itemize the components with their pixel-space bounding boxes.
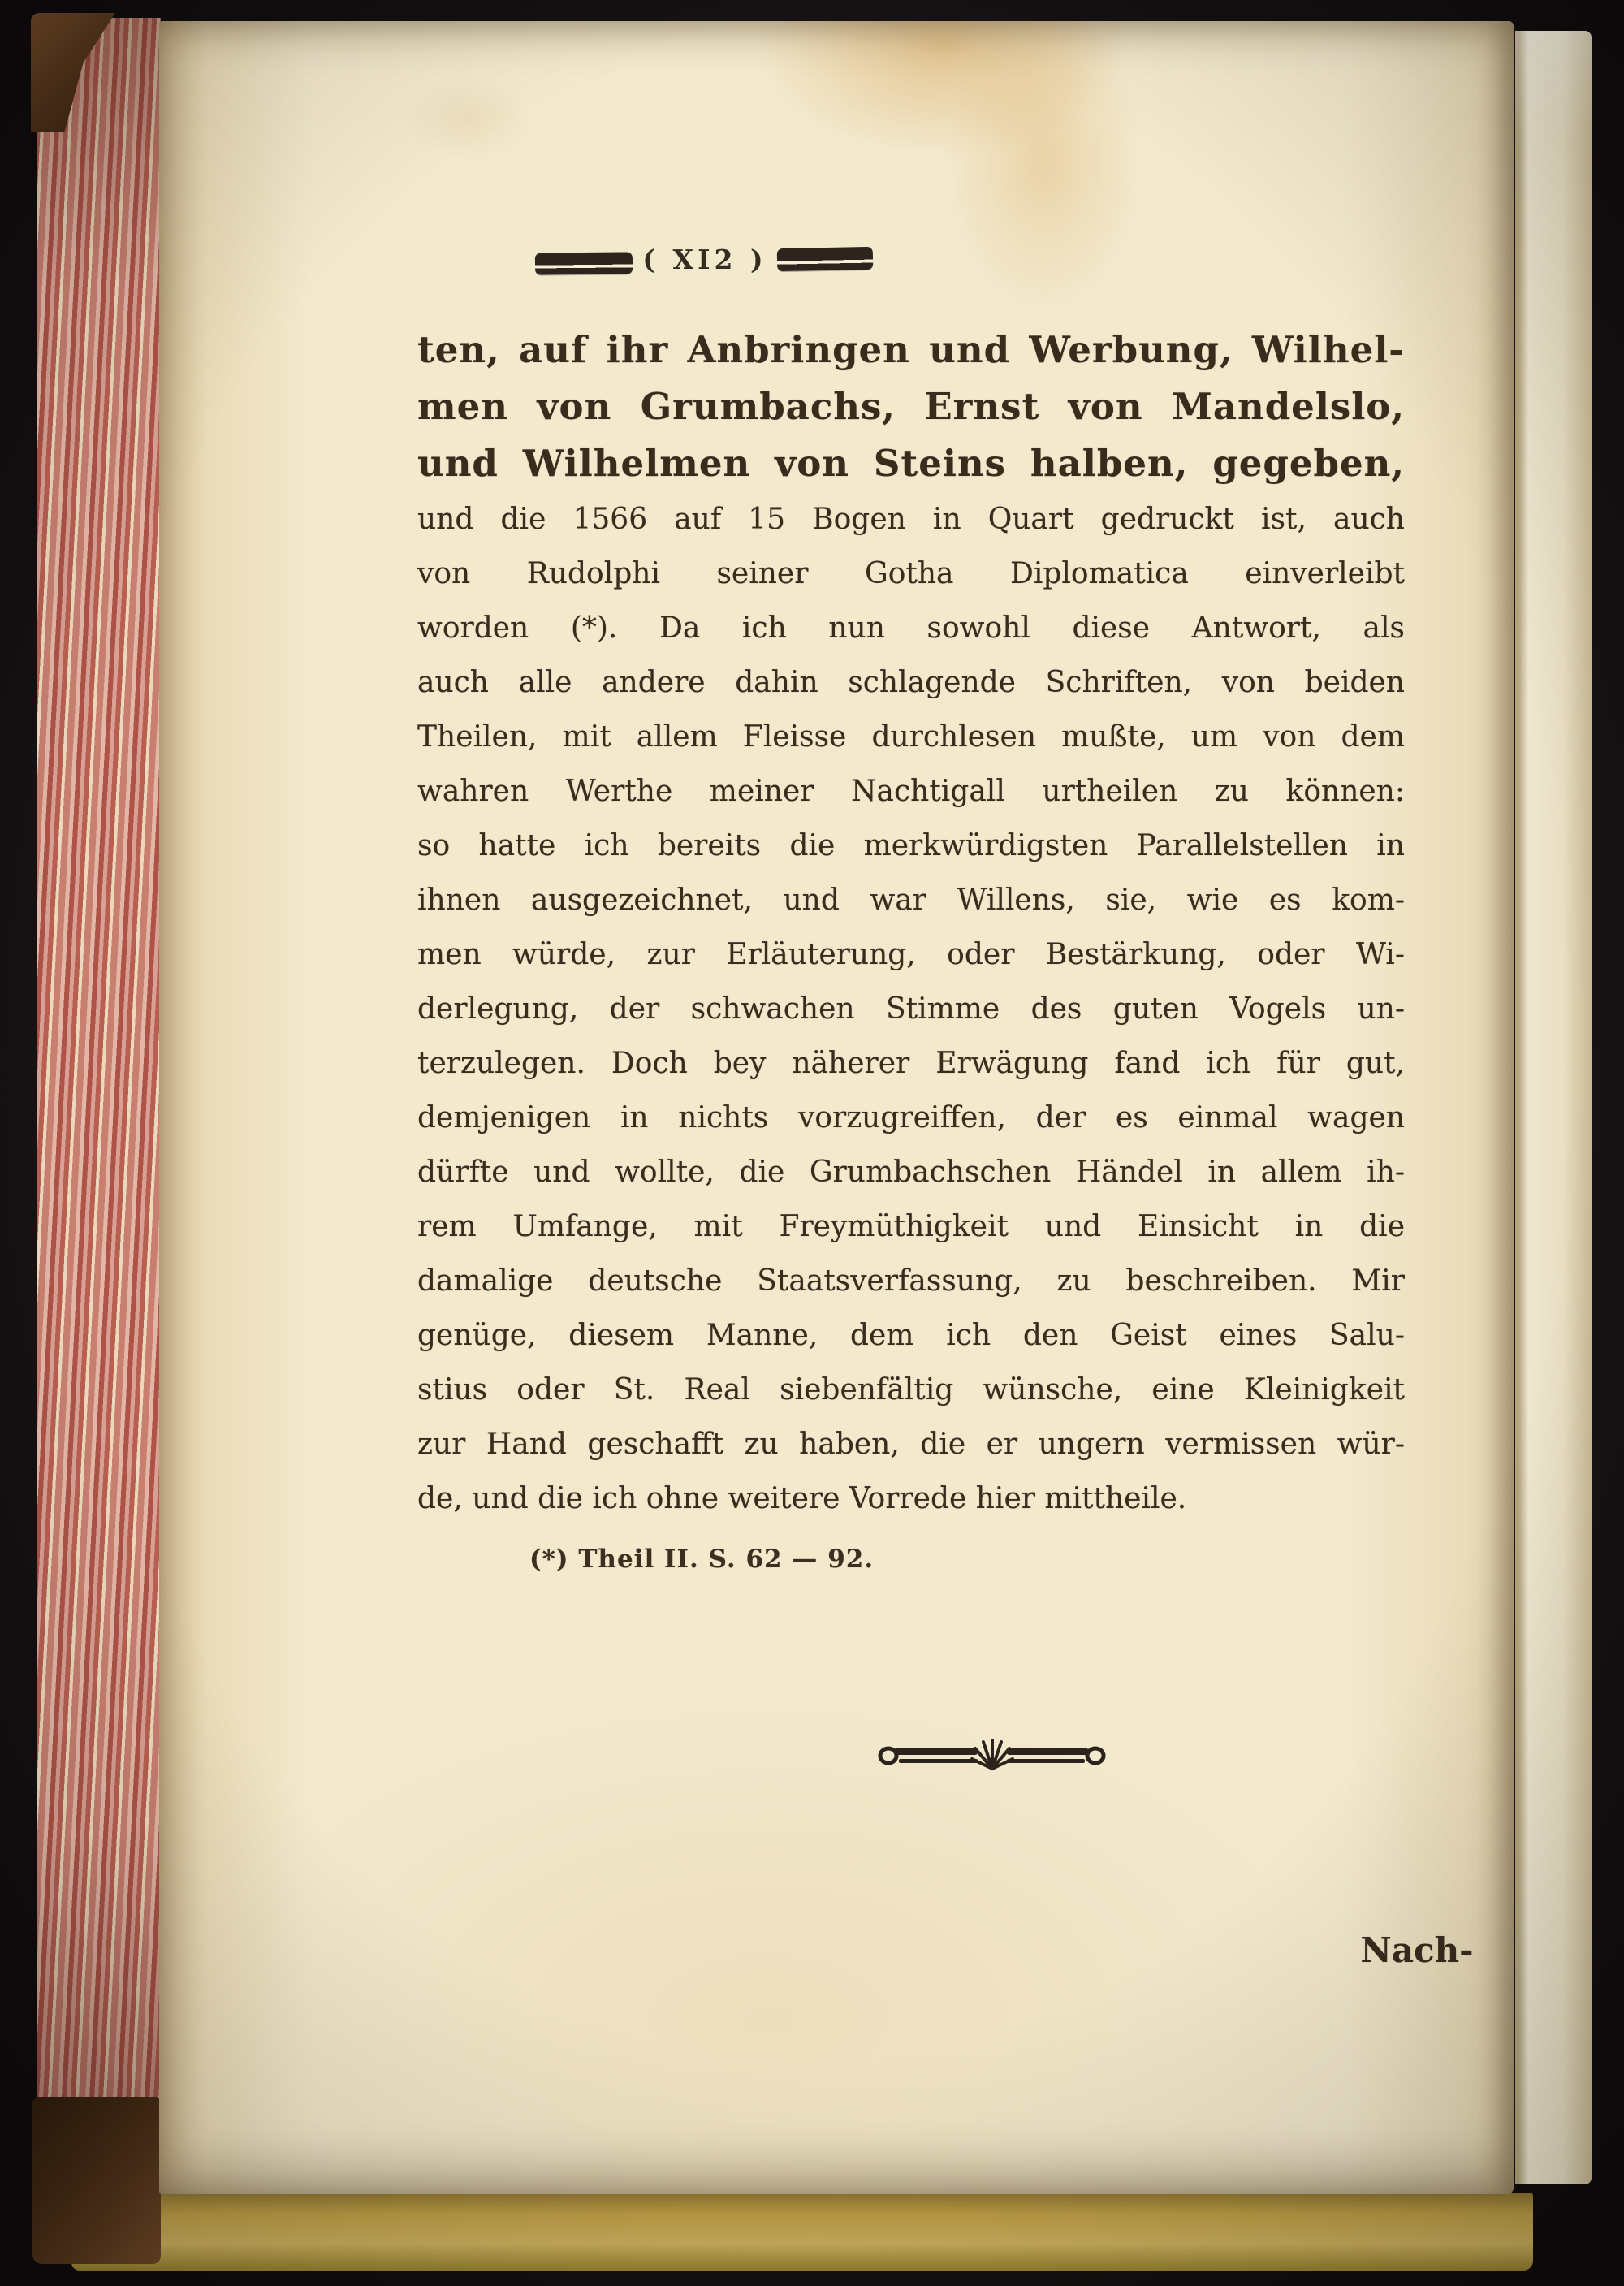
text-line: ihnen ausgezeichnet, und war Willens, si… (417, 873, 1405, 927)
text-line: men würde, zur Erläuterung, oder Bestärk… (417, 927, 1405, 982)
leather-cover-corner-bottom (32, 2097, 161, 2264)
header-rule-left-ornament (535, 252, 633, 274)
catchword: Nach- (1332, 1925, 1502, 1977)
text-line: derlegung, der schwachen Stimme des gute… (417, 982, 1405, 1036)
cover-bottom-edge (71, 2193, 1533, 2271)
body-text-block: ten, auf ihr Anbringen und Werbung, Wilh… (417, 322, 1405, 1526)
text-line: von Rudolphi seiner Gotha Diplomatica ei… (417, 547, 1405, 601)
text-line: genüge, diesem Manne, dem ich den Geist … (417, 1308, 1405, 1363)
text-line: damalige deutsche Staatsverfassung, zu b… (417, 1254, 1405, 1308)
text-line: wahren Werthe meiner Nachtigall urtheile… (417, 764, 1405, 819)
text-line: demjenigen in nichts vorzugreiffen, der … (417, 1091, 1405, 1145)
text-line: terzulegen. Doch bey näherer Erwägung fa… (417, 1036, 1405, 1091)
right-page-stack-edge (1515, 31, 1592, 2184)
text-line: ten, auf ihr Anbringen und Werbung, Wilh… (417, 322, 1405, 378)
text-line: dürfte und wollte, die Grumbachschen Hän… (417, 1145, 1405, 1199)
footnote: (*) Theil II. S. 62 — 92. (529, 1541, 1260, 1577)
text-line: zur Hand geschafft zu haben, die er unge… (417, 1417, 1405, 1471)
text-line: men von Grumbachs, Ernst von Mandelslo, (417, 378, 1405, 435)
page-number: ( XI2 ) (640, 242, 770, 278)
text-line: de, und die ich ohne weitere Vorrede hie… (417, 1471, 1405, 1526)
book-photo-scene: ( XI2 ) ten, auf ihr Anbringen und Werbu… (0, 0, 1624, 2286)
text-line: stius oder St. Real siebenfältig wünsche… (417, 1363, 1405, 1417)
text-line: Theilen, mit allem Fleisse durchlesen mu… (417, 710, 1405, 764)
text-line: worden (*). Da ich nun sowohl diese Antw… (417, 601, 1405, 655)
text-line: auch alle andere dahin schlagende Schrif… (417, 655, 1405, 710)
header-rule-right-ornament (777, 247, 874, 271)
text-line: so hatte ich bereits die merkwürdigsten … (417, 819, 1405, 873)
text-line: rem Umfange, mit Freymüthigkeit und Eins… (417, 1199, 1405, 1254)
book-fore-edge-stripes (37, 18, 161, 2232)
text-line: und Wilhelmen von Steins halben, gegeben… (417, 435, 1405, 492)
text-line: und die 1566 auf 15 Bogen in Quart gedru… (417, 492, 1405, 547)
tailpiece-fan-ornament-icon (875, 1735, 1109, 1780)
